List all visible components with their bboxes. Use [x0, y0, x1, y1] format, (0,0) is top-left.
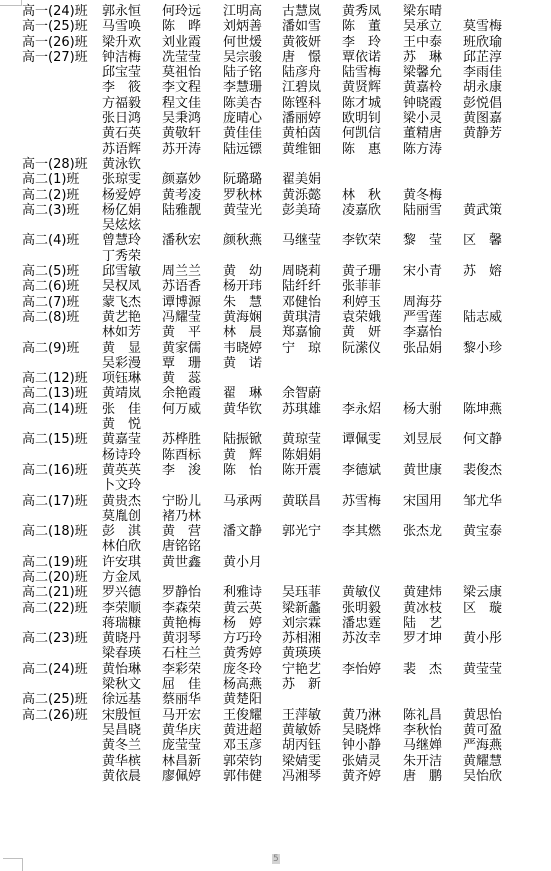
student-name: 陈坤燕 — [463, 402, 502, 417]
student-name: 郭光宁 — [282, 524, 321, 539]
roster-line: 高二(18)班彭 淇黄 营潘文静郭光宁李其燃张杰龙黄宝泰 — [0, 524, 551, 539]
student-name: 陈美杏 — [223, 96, 262, 111]
student-name: 苏语辉 — [102, 142, 141, 157]
student-name: 谭佩雯 — [342, 432, 381, 447]
student-name: 李德斌 — [342, 463, 381, 478]
student-name: 李 浚 — [162, 463, 201, 478]
student-name: 区 馨 — [463, 233, 502, 248]
roster-line: 高一(28)班黄泳钦 — [0, 157, 551, 172]
student-name: 黄联昌 — [282, 494, 321, 509]
student-name: 程文佳 — [162, 96, 201, 111]
student-name: 梁小灵 — [403, 111, 442, 126]
student-name: 陆雅靓 — [162, 203, 201, 218]
student-name: 黄敬轩 — [162, 126, 201, 141]
student-name: 王俊耀 — [223, 708, 262, 723]
roster-line: 黄依晨廖佩婷郭伟健冯湘琴黄齐婷唐 鹏吴怡欣 — [0, 769, 551, 784]
class-label: 高一(25)班 — [22, 19, 88, 34]
class-label: 高二(17)班 — [22, 494, 88, 509]
student-name: 陈 晔 — [162, 19, 201, 34]
student-name: 黄可盈 — [463, 723, 502, 738]
student-name: 庞冬玲 — [223, 662, 262, 677]
student-name: 黄秀凤 — [342, 4, 381, 19]
student-name: 黄英英 — [102, 463, 141, 478]
student-name: 宁盼儿 — [162, 494, 201, 509]
student-name: 宋小青 — [403, 264, 442, 279]
student-name: 黄图嘉 — [463, 111, 502, 126]
student-name: 杨诗玲 — [102, 448, 141, 463]
student-name: 张 佳 — [102, 402, 141, 417]
student-name: 黄 悦 — [102, 417, 141, 432]
student-name: 罗兴德 — [102, 585, 141, 600]
roster-line: 高一(26)班梁升欢刘业霞何世煖黄筱妍李 玲王中泰班欣瑜 — [0, 35, 551, 50]
student-name: 彭美琦 — [282, 203, 321, 218]
student-name: 黄华庆 — [162, 723, 201, 738]
student-name: 陆彦舟 — [282, 65, 321, 80]
roster-line: 吴彩漫覃 珊黄 诺 — [0, 356, 551, 371]
student-name: 裴 杰 — [403, 662, 442, 677]
student-name: 林伯欣 — [102, 539, 141, 554]
student-name: 苏 嫆 — [463, 264, 502, 279]
class-label: 高一(24)班 — [22, 4, 88, 19]
student-name: 黄嘉莹 — [102, 432, 141, 447]
roster-line: 高二(25)班徐远基蔡丽华黄楚阳 — [0, 692, 551, 707]
student-name: 古慧岚 — [282, 4, 321, 19]
student-name: 朱开洁 — [403, 754, 442, 769]
roster-line: 高一(27)班钟洁梅冼莹莹吴宗骏唐 憬覃依诺苏 琳邱芷淳 — [0, 50, 551, 65]
student-name: 翟 琳 — [223, 386, 262, 401]
student-name: 陈 怡 — [223, 463, 262, 478]
student-name: 黄敏娇 — [282, 723, 321, 738]
roster-line: 卜文玲 — [0, 478, 551, 493]
student-name: 丁秀荣 — [102, 249, 141, 264]
student-name: 杨开玮 — [223, 279, 262, 294]
student-name: 黄静芳 — [463, 126, 502, 141]
class-label: 高一(28)班 — [22, 157, 88, 172]
student-name: 黄海娴 — [223, 310, 262, 325]
student-name: 黄筱妍 — [282, 35, 321, 50]
roster-line: 高二(2)班杨爱婷黄考凌罗秋林黄泺懿林 秋黄冬梅 — [0, 188, 551, 203]
student-name: 苏相湘 — [282, 631, 321, 646]
student-name: 阮璐璐 — [223, 172, 262, 187]
class-label: 高二(7)班 — [22, 295, 79, 310]
class-roster: 高一(24)班郭永恒何玲远江明高古慧岚黄秀凤梁东晴高一(25)班马雪唤陈 晔刘炳… — [0, 4, 551, 784]
student-name: 吴承立 — [403, 19, 442, 34]
class-label: 高二(2)班 — [22, 188, 79, 203]
student-name: 宋国用 — [403, 494, 442, 509]
class-label: 高二(19)班 — [22, 555, 88, 570]
student-name: 方福毅 — [102, 96, 141, 111]
student-name: 黄莹莹 — [463, 662, 502, 677]
student-name: 周海芬 — [403, 295, 442, 310]
student-name: 潘丽婷 — [282, 111, 321, 126]
student-name: 翟美娟 — [282, 172, 321, 187]
student-name: 杨亿娟 — [102, 203, 141, 218]
student-name: 黄思怡 — [463, 708, 502, 723]
student-name: 梁新蠡 — [282, 601, 321, 616]
class-label: 高二(14)班 — [22, 402, 88, 417]
student-name: 罗静怡 — [162, 585, 201, 600]
student-name: 陆 艺 — [403, 616, 442, 631]
student-name: 钟小静 — [342, 738, 381, 753]
student-name: 颜秋燕 — [223, 233, 262, 248]
student-name: 何万威 — [162, 402, 201, 417]
student-name: 苏琪雄 — [282, 402, 321, 417]
student-name: 黄秀婷 — [223, 646, 262, 661]
roster-line: 林伯欣唐铭铭 — [0, 539, 551, 554]
student-name: 陈铿科 — [282, 96, 321, 111]
student-name: 黄艳梅 — [162, 616, 201, 631]
student-name: 邹尤华 — [463, 494, 502, 509]
student-name: 苏雪梅 — [342, 494, 381, 509]
student-name: 张菲菲 — [342, 279, 381, 294]
student-name: 张明毅 — [342, 601, 381, 616]
student-name: 马继莹 — [282, 233, 321, 248]
roster-line: 蒋瑞糠黄艳梅杨 婷刘宗霖潘忠霆陆 艺 — [0, 616, 551, 631]
student-name: 郭永恒 — [102, 4, 141, 19]
student-name: 严海燕 — [463, 738, 502, 753]
student-name: 胡丙钰 — [282, 738, 321, 753]
student-name: 黎 莹 — [403, 233, 442, 248]
student-name: 林 秋 — [342, 188, 381, 203]
student-name: 李雨佳 — [463, 65, 502, 80]
student-name: 梁馨允 — [403, 65, 442, 80]
class-label: 高二(16)班 — [22, 463, 88, 478]
student-name: 谭博源 — [162, 295, 201, 310]
class-label: 高二(26)班 — [22, 708, 88, 723]
student-name: 林如芳 — [102, 325, 141, 340]
student-name: 利雅诗 — [223, 585, 262, 600]
student-name: 李 玲 — [342, 35, 381, 50]
student-name: 陈酉标 — [162, 448, 201, 463]
student-name: 李其燃 — [342, 524, 381, 539]
roster-line: 吴炫炫 — [0, 218, 551, 233]
roster-line: 高一(24)班郭永恒何玲远江明高古慧岚黄秀凤梁东晴 — [0, 4, 551, 19]
class-label: 高二(22)班 — [22, 601, 88, 616]
student-name: 凌嘉欣 — [342, 203, 381, 218]
student-name: 陆远镖 — [223, 142, 262, 157]
student-name: 梁春瑛 — [102, 646, 141, 661]
student-name: 马继婵 — [403, 738, 442, 753]
class-label: 高二(24)班 — [22, 662, 88, 677]
student-name: 李荣顺 — [102, 601, 141, 616]
student-name: 徐远基 — [102, 692, 141, 707]
student-name: 冯湘琴 — [282, 769, 321, 784]
student-name: 褚乃林 — [162, 509, 201, 524]
student-name: 罗才坤 — [403, 631, 442, 646]
roster-line: 高二(3)班杨亿娟陆雅靓黄莹光彭美琦凌嘉欣陆丽雪黄武策 — [0, 203, 551, 218]
student-name: 吴怡欣 — [463, 769, 502, 784]
roster-line: 方福毅程文佳陈美杏陈铿科陈才城钟晓霞彭悦倡 — [0, 96, 551, 111]
student-name: 杨大驸 — [403, 402, 442, 417]
student-name: 黄敏仪 — [342, 585, 381, 600]
student-name: 黄艺艳 — [102, 310, 141, 325]
student-name: 吴宗骏 — [223, 50, 262, 65]
student-name: 陈开震 — [282, 463, 321, 478]
student-name: 邱芷淳 — [463, 50, 502, 65]
student-name: 唐 憬 — [282, 50, 321, 65]
student-name: 黄进超 — [223, 723, 262, 738]
student-name: 黄泺懿 — [282, 188, 321, 203]
student-name: 周晓莉 — [282, 264, 321, 279]
student-name: 李彩荣 — [162, 662, 201, 677]
student-name: 宋殷恒 — [102, 708, 141, 723]
student-name: 刘昱辰 — [403, 432, 442, 447]
student-name: 蔡丽华 — [162, 692, 201, 707]
student-name: 李秋怡 — [403, 723, 442, 738]
student-name: 唐铭铭 — [162, 539, 201, 554]
student-name: 庞莹莹 — [162, 738, 201, 753]
student-name: 马开宏 — [162, 708, 201, 723]
class-label: 高二(23)班 — [22, 631, 88, 646]
student-name: 钟晓霞 — [403, 96, 442, 111]
student-name: 林昌新 — [162, 754, 201, 769]
student-name: 李钦荣 — [342, 233, 381, 248]
student-name: 邓玉彦 — [223, 738, 262, 753]
student-name: 彭悦倡 — [463, 96, 502, 111]
student-name: 陆雪梅 — [342, 65, 381, 80]
student-name: 庞晴心 — [223, 111, 262, 126]
student-name: 李 筱 — [102, 80, 141, 95]
student-name: 邱宝莹 — [102, 65, 141, 80]
roster-line: 高二(7)班蒙飞杰谭博源朱 慧邓健怡利婷玉周海芬 — [0, 295, 551, 310]
student-name: 黄 营 — [162, 524, 201, 539]
student-name: 江碧岚 — [282, 80, 321, 95]
student-name: 黄 蕊 — [162, 371, 201, 386]
student-name: 黄琼莹 — [282, 432, 321, 447]
student-name: 苏 新 — [282, 677, 321, 692]
student-name: 区 璇 — [463, 601, 502, 616]
roster-line: 高二(16)班黄英英李 浚陈 怡陈开震李德斌黄世康裴俊杰 — [0, 463, 551, 478]
student-name: 裴俊杰 — [463, 463, 502, 478]
roster-line: 高二(26)班宋殷恒马开宏王俊耀王萍敏黄乃淋陈礼昌黄思怡 — [0, 708, 551, 723]
student-name: 苏开涛 — [162, 142, 201, 157]
student-name: 王萍敏 — [282, 708, 321, 723]
student-name: 覃 珊 — [162, 356, 201, 371]
student-name: 陈 惠 — [342, 142, 381, 157]
student-name: 冯耀莹 — [162, 310, 201, 325]
student-name: 陈才城 — [342, 96, 381, 111]
student-name: 李怡婷 — [342, 662, 381, 677]
student-name: 吴彩漫 — [102, 356, 141, 371]
roster-line: 黄石英黄敬轩黄佳佳黄柏茵何凯信董精唐黄静芳 — [0, 126, 551, 141]
student-name: 黄冬兰 — [102, 738, 141, 753]
student-name: 罗秋林 — [223, 188, 262, 203]
student-name: 黄瑛瑛 — [282, 646, 321, 661]
student-name: 杨高燕 — [223, 677, 262, 692]
roster-line: 梁秋文屈 佳杨高燕苏 新 — [0, 677, 551, 692]
student-name: 黄子珊 — [342, 264, 381, 279]
student-name: 李永炤 — [342, 402, 381, 417]
roster-line: 高二(22)班李荣顺李森荣黄云英梁新蠡张明毅黄冰枝区 璇 — [0, 601, 551, 616]
student-name: 吴权凤 — [102, 279, 141, 294]
student-name: 黄云英 — [223, 601, 262, 616]
student-name: 李慧珊 — [223, 80, 262, 95]
student-name: 吴昌晓 — [102, 723, 141, 738]
class-label: 高二(6)班 — [22, 279, 79, 294]
class-label: 高二(4)班 — [22, 233, 79, 248]
student-name: 黄建炜 — [403, 585, 442, 600]
student-name: 郑嘉愉 — [282, 325, 321, 340]
class-label: 高一(26)班 — [22, 35, 88, 50]
class-label: 高一(27)班 — [22, 50, 88, 65]
class-label: 高二(15)班 — [22, 432, 88, 447]
student-name: 黄世康 — [403, 463, 442, 478]
roster-line: 黄 悦 — [0, 417, 551, 432]
student-name: 阮潆仪 — [342, 341, 381, 356]
student-name: 周兰兰 — [162, 264, 201, 279]
student-name: 黄羽琴 — [162, 631, 201, 646]
student-name: 刘炳善 — [223, 19, 262, 34]
roster-line: 杨诗玲陈酉标黄 辉陈娟娟 — [0, 448, 551, 463]
student-name: 邓健怡 — [282, 295, 321, 310]
student-name: 刘宗霖 — [282, 616, 321, 631]
student-name: 黄贵杰 — [102, 494, 141, 509]
roster-line: 莫胤创褚乃林 — [0, 509, 551, 524]
page-corner-mark-bottom-left — [3, 858, 23, 871]
student-name: 何凯信 — [342, 126, 381, 141]
student-name: 黄冬梅 — [403, 188, 442, 203]
student-name: 何玲远 — [162, 4, 201, 19]
student-name: 黄齐婷 — [342, 769, 381, 784]
student-name: 黄 辉 — [223, 448, 262, 463]
student-name: 潘秋宏 — [162, 233, 201, 248]
student-name: 彭 淇 — [102, 524, 141, 539]
student-name: 潘如雪 — [282, 19, 321, 34]
roster-line: 高二(12)班项钰琳黄 蕊 — [0, 371, 551, 386]
student-name: 钟洁梅 — [102, 50, 141, 65]
student-name: 李森荣 — [162, 601, 201, 616]
student-name: 黄华钦 — [223, 402, 262, 417]
student-name: 黄小彤 — [463, 631, 502, 646]
roster-line: 张日鸿吴秉鸿庞晴心潘丽婷欧明钊梁小灵黄图嘉 — [0, 111, 551, 126]
student-name: 蒋瑞糠 — [102, 616, 141, 631]
student-name: 苏汝幸 — [342, 631, 381, 646]
roster-line: 高二(21)班罗兴德罗静怡利雅诗吴珏菲黄敏仪黄建炜梁云康 — [0, 585, 551, 600]
student-name: 黄泳钦 — [102, 157, 141, 172]
student-name: 苏语香 — [162, 279, 201, 294]
student-name: 吴珏菲 — [282, 585, 321, 600]
roster-line: 高二(13)班黄靖岚余艳霞翟 琳余智蔚 — [0, 386, 551, 401]
student-name: 欧明钊 — [342, 111, 381, 126]
student-name: 李嘉怡 — [403, 325, 442, 340]
roster-line: 高一(25)班马雪唤陈 晔刘炳善潘如雪陈 董吴承立莫雪梅 — [0, 19, 551, 34]
student-name: 黄武策 — [463, 203, 502, 218]
student-name: 黄嘉柃 — [403, 80, 442, 95]
class-label: 高二(18)班 — [22, 524, 88, 539]
student-name: 陈礼昌 — [403, 708, 442, 723]
student-name: 黄乃淋 — [342, 708, 381, 723]
roster-line: 高二(14)班张 佳何万威黄华钦苏琪雄李永炤杨大驸陈坤燕 — [0, 402, 551, 417]
student-name: 陈 董 — [342, 19, 381, 34]
roster-line: 高二(6)班吴权凤苏语香杨开玮陆纤纤张菲菲 — [0, 279, 551, 294]
student-name: 宁艳艺 — [282, 662, 321, 677]
student-name: 项钰琳 — [102, 371, 141, 386]
student-name: 冼莹莹 — [162, 50, 201, 65]
roster-line: 丁秀荣 — [0, 249, 551, 264]
student-name: 黄依晨 — [102, 769, 141, 784]
student-name: 班欣瑜 — [463, 35, 502, 50]
student-name: 石柱兰 — [162, 646, 201, 661]
student-name: 曾慧玲 — [102, 233, 141, 248]
student-name: 黄靖岚 — [102, 386, 141, 401]
roster-line: 高二(1)班张琼雯颜嘉妙阮璐璐翟美娟 — [0, 172, 551, 187]
student-name: 张品娟 — [403, 341, 442, 356]
roster-line: 高二(4)班曾慧玲潘秋宏颜秋燕马继莹李钦荣黎 莹区 馨 — [0, 233, 551, 248]
student-name: 黄 幼 — [223, 264, 262, 279]
roster-line: 黄冬兰庞莹莹邓玉彦胡丙钰钟小静马继婵严海燕 — [0, 738, 551, 753]
student-name: 黄家儒 — [162, 341, 201, 356]
class-label: 高二(12)班 — [22, 371, 88, 386]
class-label: 高二(13)班 — [22, 386, 88, 401]
roster-line: 高二(24)班黄怡琳李彩荣庞冬玲宁艳艺李怡婷裴 杰黄莹莹 — [0, 662, 551, 677]
student-name: 许安琪 — [102, 555, 141, 570]
student-name: 黄考凌 — [162, 188, 201, 203]
roster-line: 高二(15)班黄嘉莹苏桦胜陆振锨黄琼莹谭佩雯刘昱辰何文静 — [0, 432, 551, 447]
student-name: 黄 妍 — [342, 325, 381, 340]
student-name: 黄怡琳 — [102, 662, 141, 677]
student-name: 梁婧雯 — [282, 754, 321, 769]
student-name: 梁东晴 — [403, 4, 442, 19]
student-name: 韦晓婷 — [223, 341, 262, 356]
student-name: 杨爱婷 — [102, 188, 141, 203]
roster-line: 苏语辉苏开涛陆远镖黄维钿陈 惠陈方涛 — [0, 142, 551, 157]
student-name: 黄 显 — [102, 341, 141, 356]
student-name: 张杰龙 — [403, 524, 442, 539]
student-name: 黄柏茵 — [282, 126, 321, 141]
student-name: 潘文静 — [223, 524, 262, 539]
student-name: 黄佳佳 — [223, 126, 262, 141]
student-name: 张琼雯 — [102, 172, 141, 187]
student-name: 林 晨 — [223, 325, 262, 340]
roster-line: 高二(23)班黄晓丹黄羽琴方巧玲苏相湘苏汝幸罗才坤黄小彤 — [0, 631, 551, 646]
student-name: 王中泰 — [403, 35, 442, 50]
student-name: 陈方涛 — [403, 142, 442, 157]
roster-line: 李 筱李文程李慧珊江碧岚黄贤辉黄嘉柃胡永康 — [0, 80, 551, 95]
student-name: 黄宝泰 — [463, 524, 502, 539]
student-name: 杨 婷 — [223, 616, 262, 631]
student-name: 吴炫炫 — [102, 218, 141, 233]
student-name: 梁升欢 — [102, 35, 141, 50]
roster-line: 高二(9)班黄 显黄家儒韦晓婷宁 琼阮潆仪张品娟黎小珍 — [0, 341, 551, 356]
student-name: 颜嘉妙 — [162, 172, 201, 187]
roster-line: 高二(19)班许安琪黄世鑫黄小月 — [0, 555, 551, 570]
student-name: 黄晓丹 — [102, 631, 141, 646]
student-name: 黄莹光 — [223, 203, 262, 218]
student-name: 方巧玲 — [223, 631, 262, 646]
student-name: 梁云康 — [463, 585, 502, 600]
student-name: 余艳霞 — [162, 386, 201, 401]
student-name: 郭伟健 — [223, 769, 262, 784]
student-name: 宁 琼 — [282, 341, 321, 356]
class-label: 高二(21)班 — [22, 585, 88, 600]
student-name: 黄贤辉 — [342, 80, 381, 95]
student-name: 董精唐 — [403, 126, 442, 141]
student-name: 屈 佳 — [162, 677, 201, 692]
student-name: 利婷玉 — [342, 295, 381, 310]
student-name: 张日鸿 — [102, 111, 141, 126]
roster-line: 林如芳黄 平林 晨郑嘉愉黄 妍李嘉怡 — [0, 325, 551, 340]
student-name: 黄小月 — [223, 555, 262, 570]
student-name: 袁荣娥 — [342, 310, 381, 325]
class-label: 高二(9)班 — [22, 341, 79, 356]
student-name: 黄楚阳 — [223, 692, 262, 707]
student-name: 潘忠霆 — [342, 616, 381, 631]
student-name: 覃依诺 — [342, 50, 381, 65]
student-name: 方金凤 — [102, 570, 141, 585]
student-name: 廖佩婷 — [162, 769, 201, 784]
roster-line: 高二(17)班黄贵杰宁盼儿马承两黄联昌苏雪梅宋国用邹尤华 — [0, 494, 551, 509]
roster-line: 邱宝莹莫祖怡陆子铭陆彦舟陆雪梅梁馨允李雨佳 — [0, 65, 551, 80]
